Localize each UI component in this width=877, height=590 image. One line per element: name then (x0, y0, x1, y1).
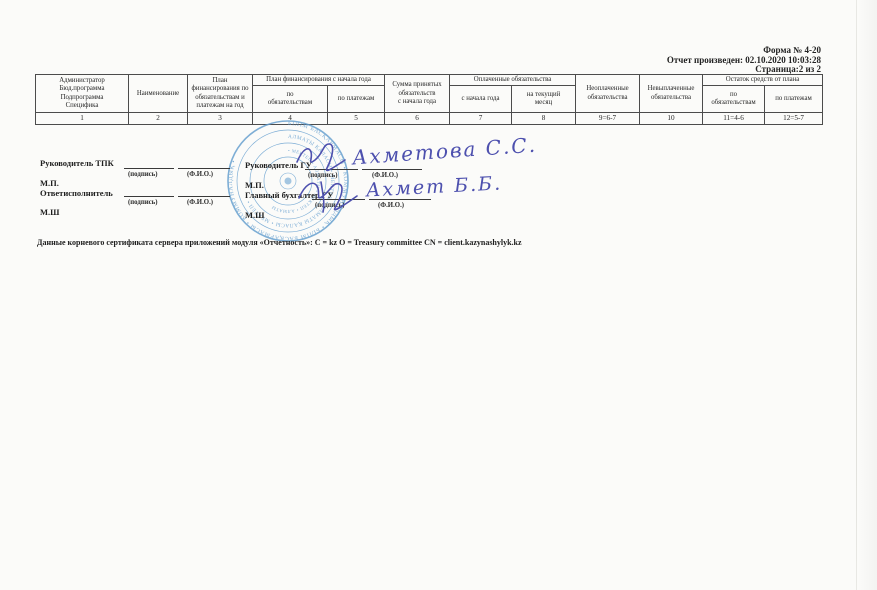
col-header-name: Наименование (129, 75, 188, 113)
scan-shade (857, 0, 877, 590)
signature-line (178, 168, 230, 169)
fio-caption: (Ф.И.О.) (187, 199, 213, 206)
col-number: 9=6-7 (576, 113, 640, 125)
fio-caption: (Ф.И.О.) (378, 202, 404, 209)
col-group-paid: Оплаченные обязательства (450, 75, 576, 86)
col-number: 10 (640, 113, 703, 125)
signature-role-label: Руководитель ТПК (40, 158, 114, 168)
signature-caption: (подпись) (128, 199, 158, 206)
handwritten-signature-stroke (293, 138, 353, 174)
signature-line (124, 196, 174, 197)
signature-line (178, 196, 230, 197)
signature-caption: (подпись) (128, 171, 158, 178)
col-group-balance: Остаток средств от плана (703, 75, 823, 86)
fio-caption: (Ф.И.О.) (187, 171, 213, 178)
col-number: 6 (385, 113, 450, 125)
stamp-center-emblem (285, 178, 292, 185)
handwritten-signature-stroke (293, 172, 365, 214)
msh-label: М.Ш (245, 210, 264, 220)
col-header-plan-year: План финансирования по обязательствам и … (188, 75, 253, 113)
col-header-balance-by-payments: по платежам (765, 86, 823, 113)
col-number: 2 (129, 113, 188, 125)
col-number: 12=5-7 (765, 113, 823, 125)
report-table: Администратор Бюд.программа Подпрограмма… (35, 74, 823, 125)
msh-label: М.Ш (40, 207, 59, 217)
col-header-accepted-sum: Сумма принятых обязательств с начала год… (385, 75, 450, 113)
col-number: 8 (512, 113, 576, 125)
col-header-current-month: на текущий месяц (512, 86, 576, 113)
col-header-unpaid: Неоплаченные обязательства (576, 75, 640, 113)
mp-label: М.П. (245, 180, 264, 190)
col-header-admin: Администратор Бюд.программа Подпрограмма… (36, 75, 129, 113)
col-header-since-year-start: с начала года (450, 86, 512, 113)
col-header-by-payments: по платежам (328, 86, 385, 113)
page-header: Форма № 4-20 Отчет произведен: 02.10.202… (667, 46, 821, 75)
certificate-info-line: Данные корневого сертификата сервера при… (37, 238, 522, 247)
mp-label: М.П. (40, 178, 59, 188)
col-header-by-obligations: по обязательствам (253, 86, 328, 113)
scanned-report-page: { "page_header": { "form_number": "Форма… (0, 0, 877, 590)
col-number: 7 (450, 113, 512, 125)
col-group-plan-ytd: План финансирования с начала года (253, 75, 385, 86)
col-number: 1 (36, 113, 129, 125)
signature-role-label: Ответисполнитель (40, 188, 113, 198)
col-header-undisbursed: Невыплаченные обязательства (640, 75, 703, 113)
col-header-balance-by-obligations: по обязательствам (703, 86, 765, 113)
col-number: 11=4-6 (703, 113, 765, 125)
signature-line (124, 168, 174, 169)
signature-line (362, 169, 422, 170)
handwritten-fio: Ахметова С.С. (351, 133, 537, 170)
